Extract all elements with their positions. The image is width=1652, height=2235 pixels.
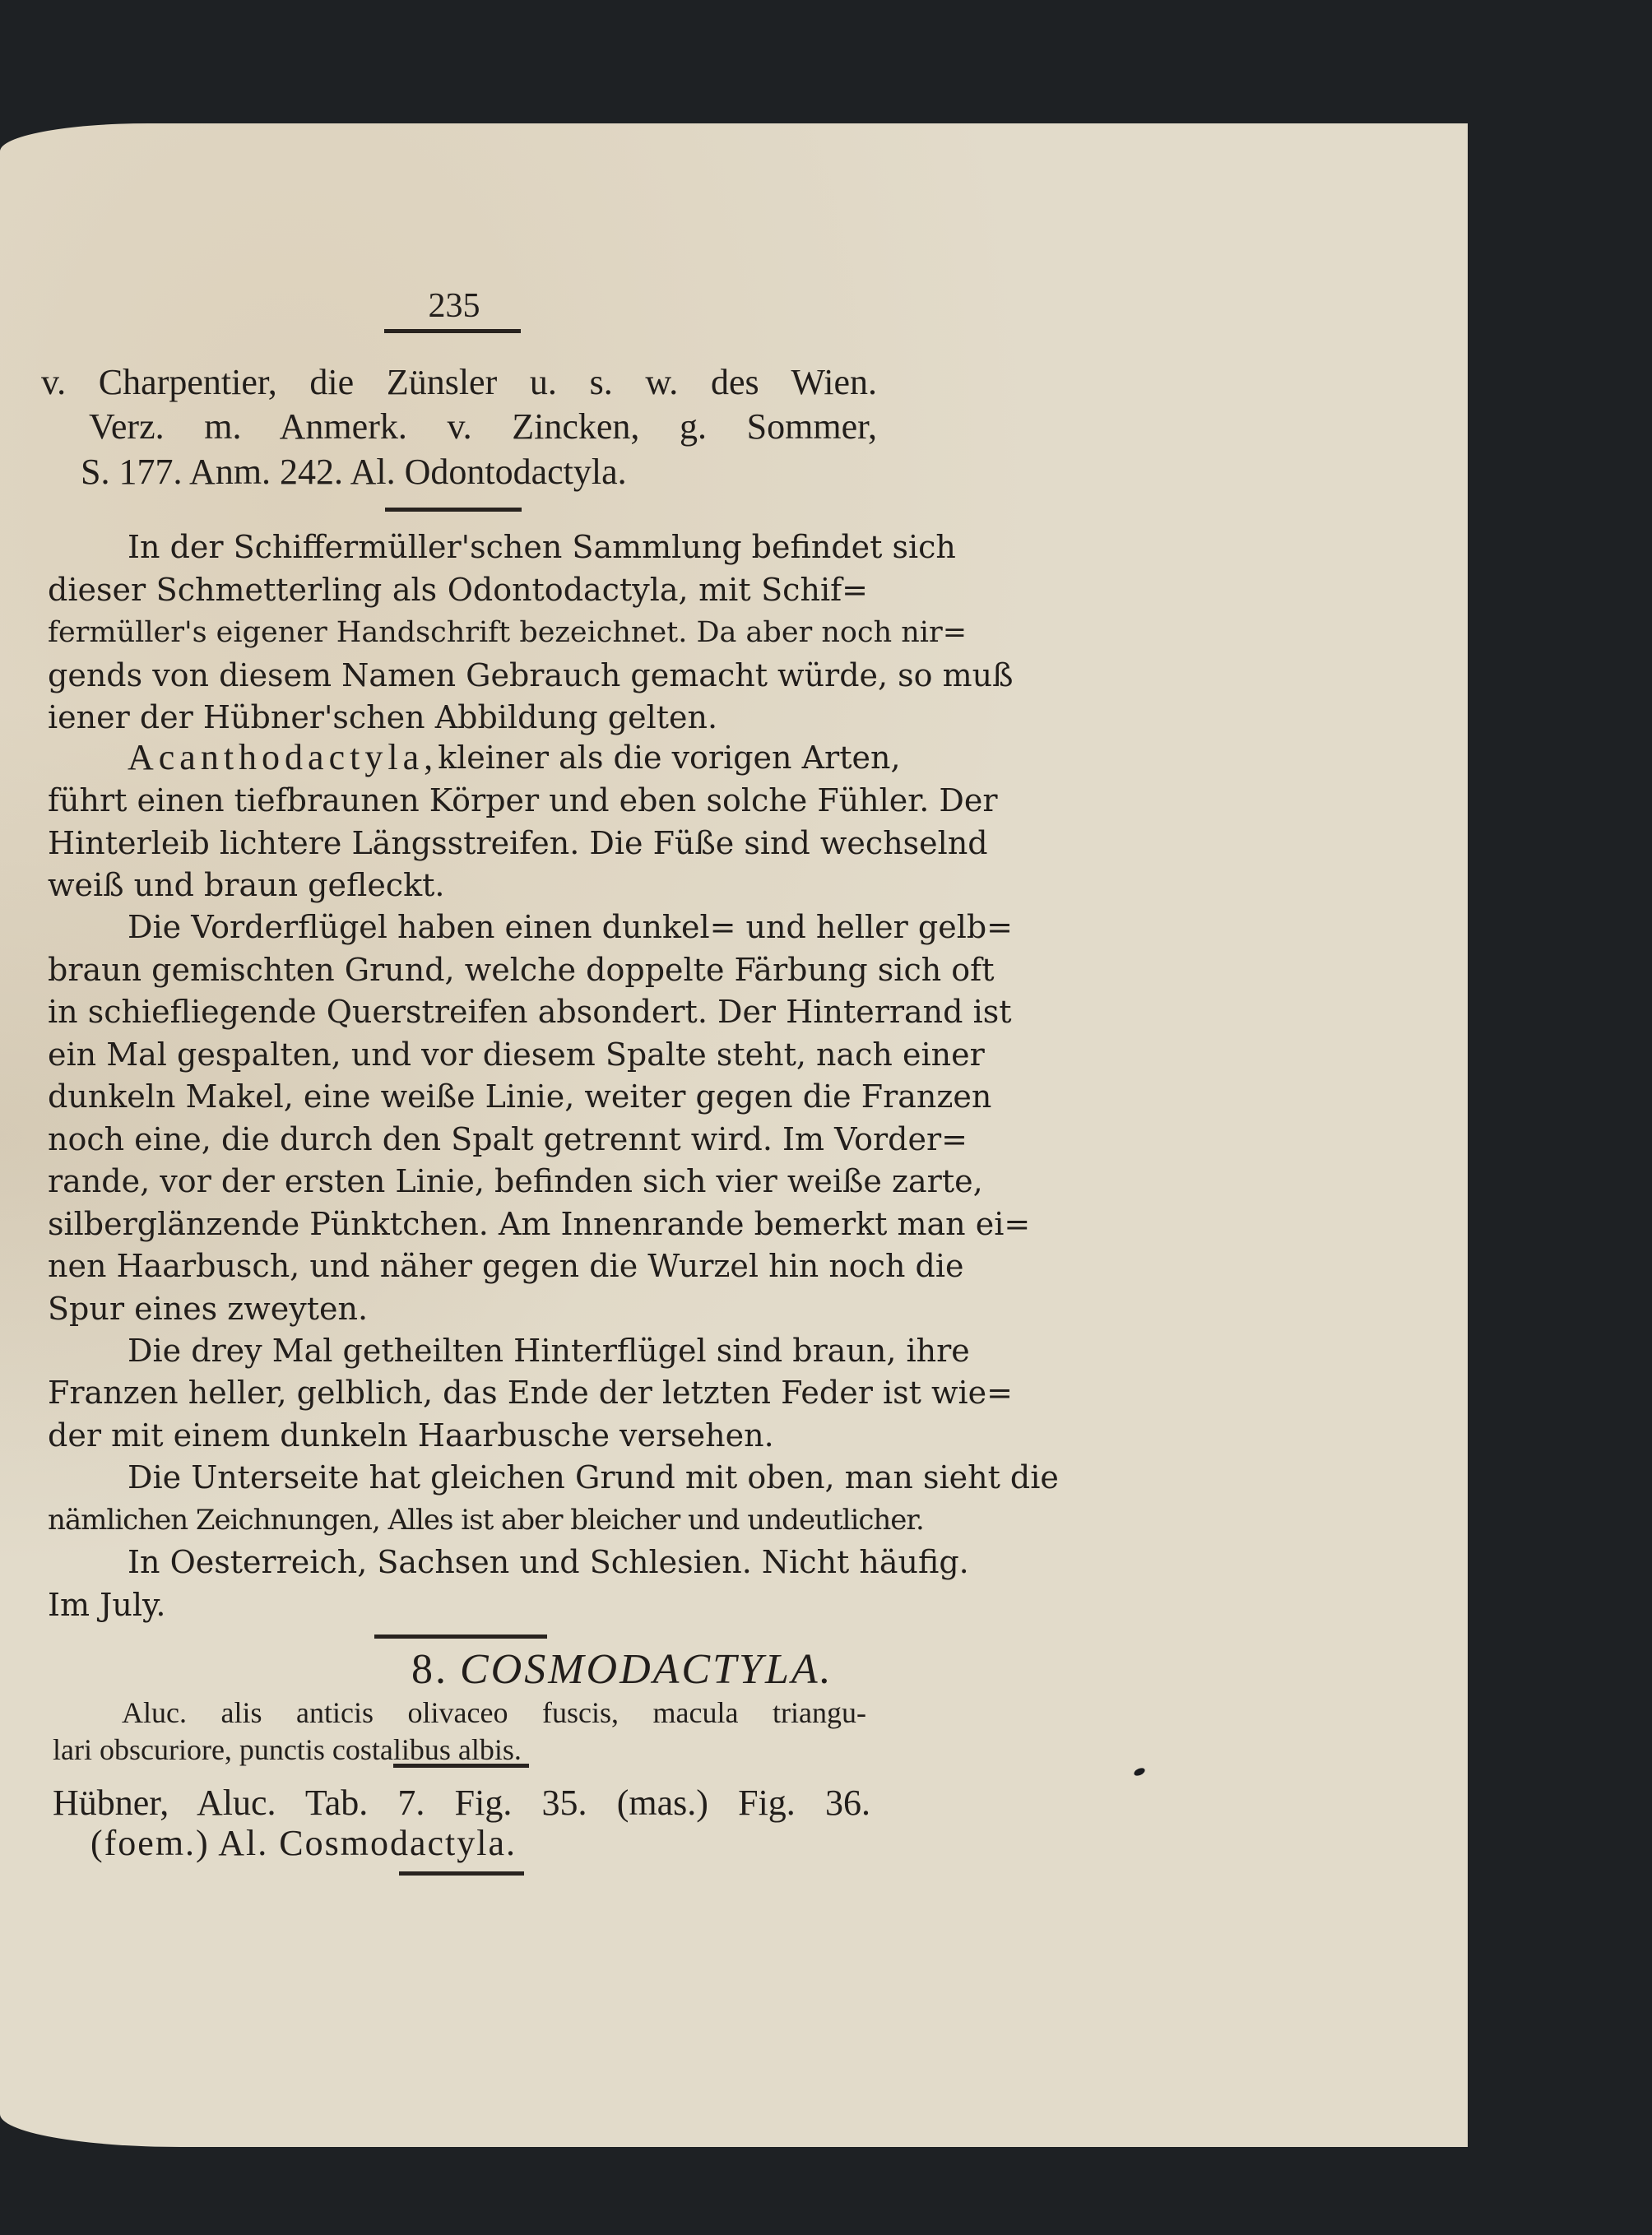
diagnosis-rule	[393, 1764, 529, 1768]
paragraph-3-line-9: nen Haarbusch, und näher gegen die Wurze…	[48, 1245, 868, 1287]
paragraph-3-line-1: Die Vorderflügel haben einen dunkel= und…	[128, 907, 868, 948]
paragraph-1-line-1: In der Schiffermüller'schen Sammlung bef…	[128, 526, 868, 568]
species-name-acanthodactyla: Acanthodactyla,	[128, 737, 438, 778]
section-rule	[385, 508, 522, 512]
paragraph-2-line-3: Hinterleib lichtere Längsstreifen. Die F…	[48, 823, 868, 864]
paragraph-3-line-2: braun gemischten Grund, welche doppelte …	[48, 949, 868, 990]
paragraph-1-line-3: fermüller's eigener Handschrift bezeichn…	[48, 612, 868, 653]
citation-line-2: (foem.) Al. Cosmodactyla.	[90, 1823, 517, 1864]
header-citation-line-3: S. 177. Anm. 242. Al. Odontodactyla.	[81, 452, 627, 493]
paragraph-2-line-4: weiß und braun gefleckt.	[48, 865, 444, 906]
end-rule	[399, 1871, 524, 1876]
paragraph-1-line-5: iener der Hübner'schen Abbildung gelten.	[48, 697, 717, 738]
paragraph-5-line-2: nämlichen Zeichnungen, Alles ist aber bl…	[48, 1500, 868, 1541]
paragraph-2-line-2: führt einen tiefbraunen Körper und eben …	[48, 780, 868, 821]
header-citation-line-1: v. Charpentier, die Zünsler u. s. w. des…	[41, 362, 877, 403]
section-heading: 8.COSMODACTYLA.	[411, 1645, 833, 1694]
diagnosis-line-1: Aluc. alis anticis olivaceo fuscis, macu…	[122, 1692, 866, 1733]
paragraph-3-line-6: noch eine, die durch den Spalt getrennt …	[48, 1119, 868, 1160]
paragraph-3-line-10: Spur eines zweyten.	[48, 1288, 368, 1329]
paragraph-2-line-1-rest: kleiner als die vorigen Arten,	[438, 737, 900, 778]
section-title: COSMODACTYLA.	[460, 1646, 833, 1693]
paragraph-3-line-8: silberglänzende Pünktchen. Am Innenrande…	[48, 1203, 868, 1245]
paragraph-6-line-2: Im July.	[48, 1584, 165, 1625]
paragraph-4-line-3: der mit einem dunkeln Haarbusche versehe…	[48, 1415, 774, 1456]
paragraph-3-line-7: rande, vor der ersten Linie, befinden si…	[48, 1161, 868, 1202]
paragraph-4-line-1: Die drey Mal getheilten Hinterflügel sin…	[128, 1330, 868, 1371]
section-number: 8.	[411, 1646, 448, 1693]
citation-line-1: Hübner, Aluc. Tab. 7. Fig. 35. (mas.) Fi…	[53, 1783, 870, 1824]
paragraph-3-line-3: in schiefliegende Querstreifen absondert…	[48, 991, 868, 1032]
header-citation-line-2: Verz. m. Anmerk. v. Zincken, g. Sommer,	[89, 406, 877, 447]
paragraph-6-line-1: In Oesterreich, Sachsen und Schlesien. N…	[128, 1542, 868, 1583]
paragraph-4-line-2: Franzen heller, gelblich, das Ende der l…	[48, 1372, 868, 1413]
paragraph-3-line-4: ein Mal gespalten, und vor diesem Spalte…	[48, 1034, 868, 1075]
paragraph-2-line-1: Acanthodactyla, kleiner als die vorigen …	[128, 737, 868, 778]
paragraph-1-line-4: gends von diesem Namen Gebrauch gemacht …	[48, 655, 868, 696]
paragraph-5-line-1: Die Unterseite hat gleichen Grund mit ob…	[128, 1457, 868, 1498]
paragraph-3-line-5: dunkeln Makel, eine weiße Linie, weiter …	[48, 1076, 868, 1117]
paragraph-1-line-2: dieser Schmetterling als Odontodactyla, …	[48, 569, 868, 610]
page-number: 235	[421, 286, 487, 326]
section-divider-rule	[374, 1635, 547, 1639]
page-number-rule	[384, 329, 521, 333]
